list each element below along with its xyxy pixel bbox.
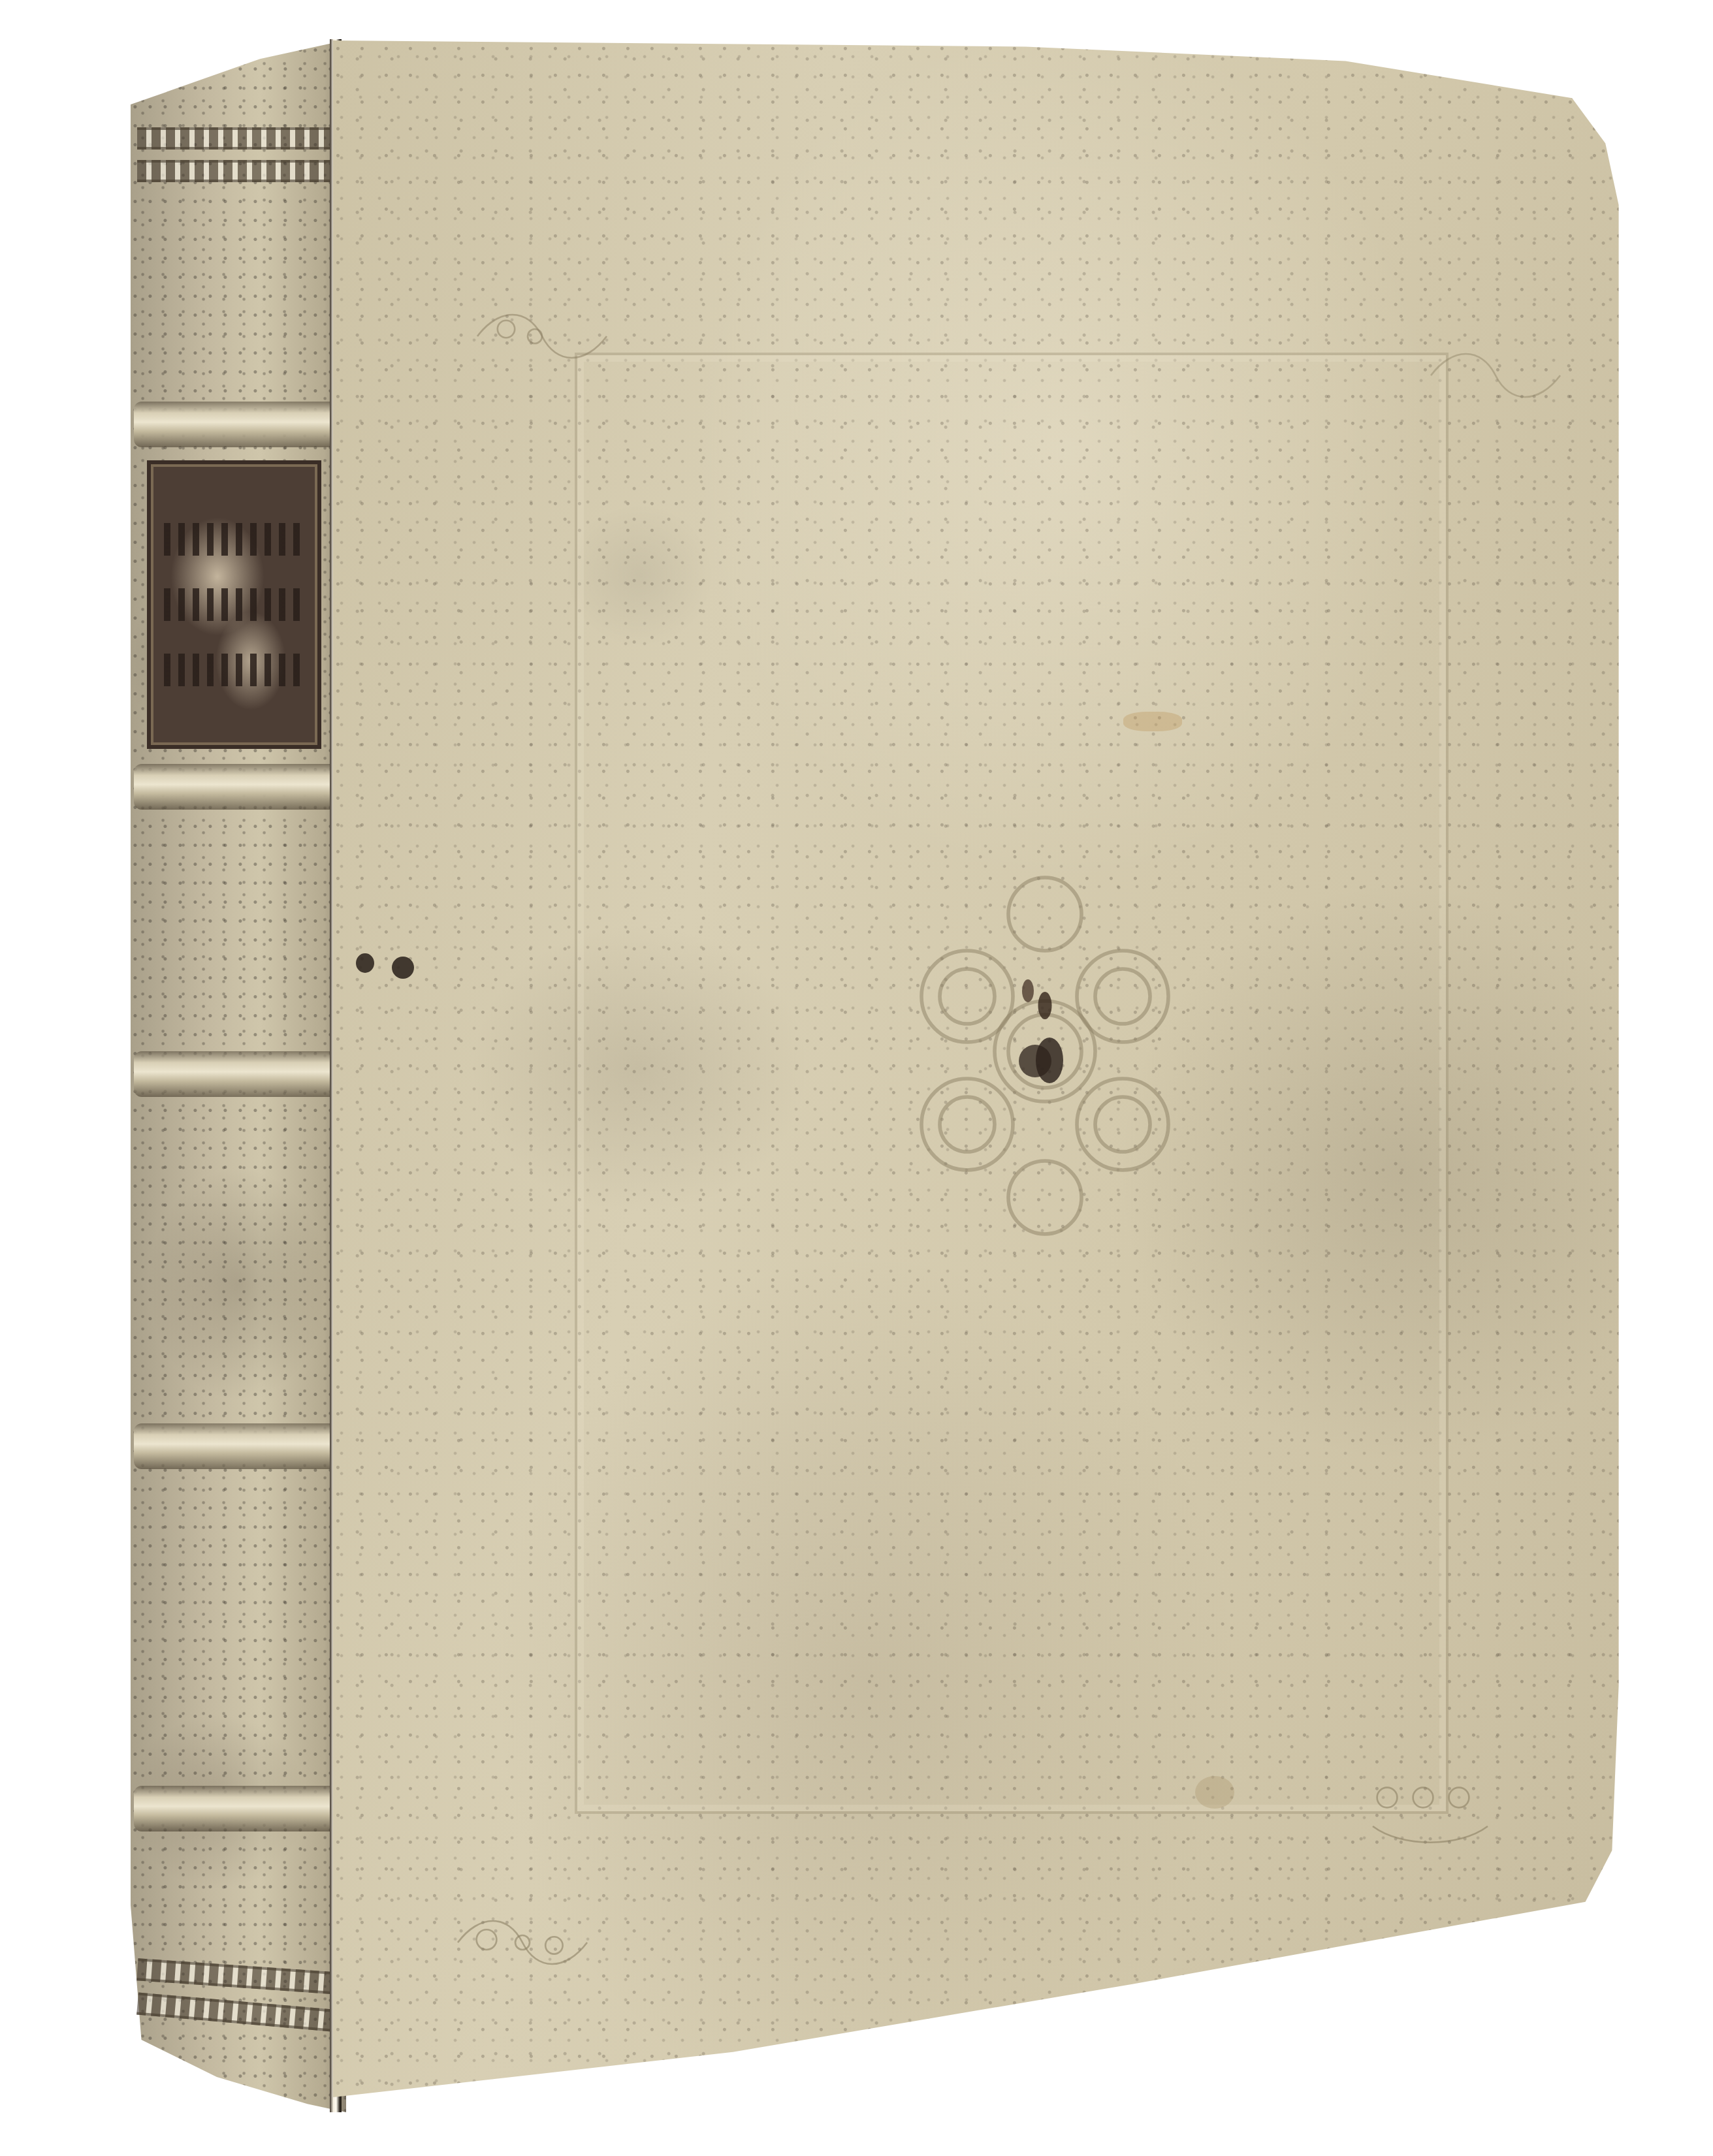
spine-head-tooling (137, 127, 340, 150)
label-text-illegible (164, 523, 304, 556)
ink-stain (356, 953, 374, 973)
label-text-illegible (164, 654, 304, 686)
water-stain (1195, 1776, 1234, 1809)
spine-raised-band (134, 1423, 343, 1469)
book-photo (0, 0, 1713, 2156)
ink-stain (392, 957, 414, 979)
corner-fleuron-icon (1424, 326, 1567, 424)
spine-raised-band (134, 764, 343, 810)
rust-stain (1123, 712, 1182, 731)
label-text-illegible (164, 588, 304, 621)
spine-head-tooling (137, 160, 340, 182)
spine-title-label (147, 460, 321, 749)
corner-fleuron-icon (470, 287, 614, 385)
ink-stain (1019, 1045, 1051, 1077)
spine-raised-band (134, 402, 343, 447)
corner-fleuron-icon (451, 1894, 594, 1991)
spine-raised-band (134, 1786, 343, 1831)
spine-raised-band (134, 1051, 343, 1097)
corner-fleuron-icon (1358, 1763, 1502, 1861)
ink-stain (1022, 979, 1034, 1002)
